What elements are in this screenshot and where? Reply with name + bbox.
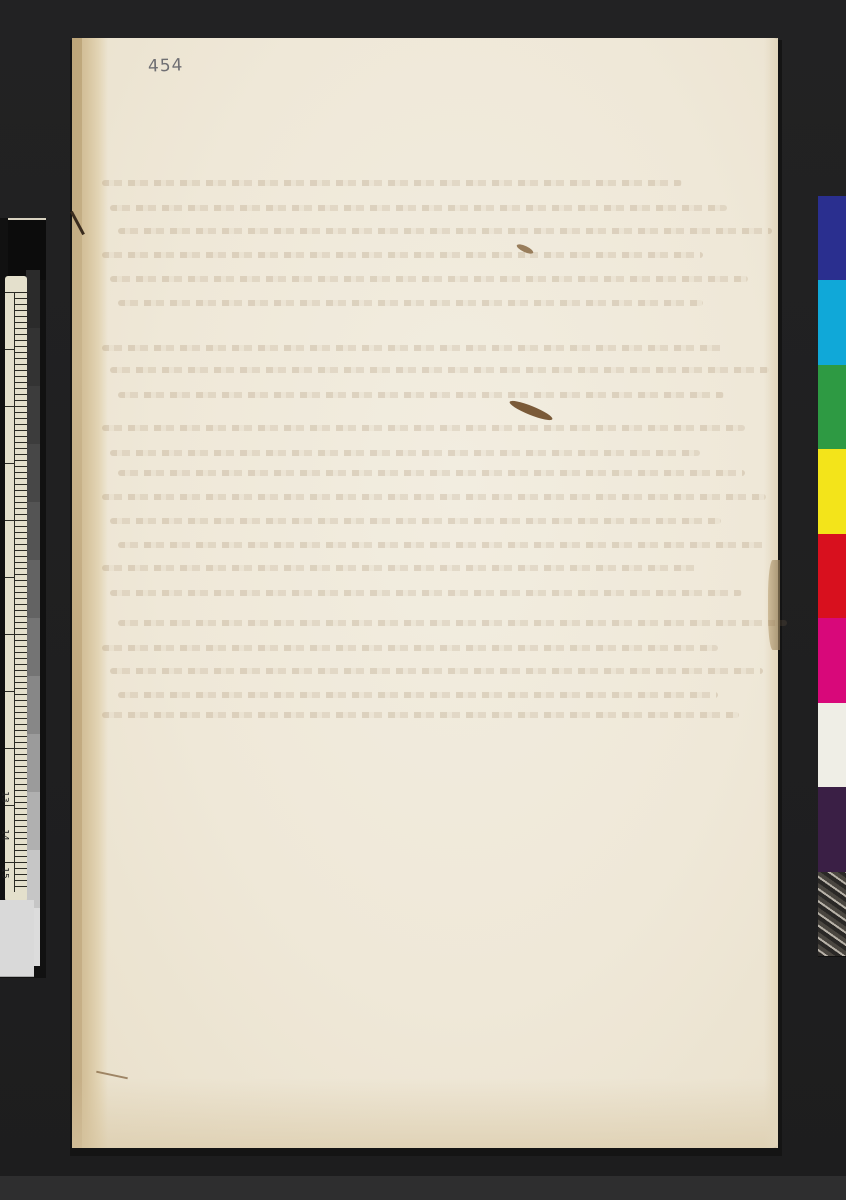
gray-step <box>26 502 40 560</box>
bleed-through-line <box>102 645 718 651</box>
bleed-through-line <box>102 494 766 500</box>
swatch-blue <box>818 196 846 281</box>
swatch-red <box>818 534 846 619</box>
swatch-green <box>818 365 846 450</box>
gray-step <box>26 270 40 328</box>
manuscript-page: 454 <box>72 38 778 1148</box>
swatch-magenta <box>818 618 846 703</box>
bleed-through-line <box>110 276 748 282</box>
ruler-base-card <box>0 900 34 977</box>
ruler-number: 13 <box>0 791 10 802</box>
bleed-through-line <box>102 180 682 186</box>
bleed-through-line <box>118 300 703 306</box>
ruler-number: 15 <box>0 867 10 878</box>
bleed-through-line <box>102 425 745 431</box>
bleed-through-line <box>110 367 769 373</box>
bleed-through-line <box>110 450 700 456</box>
bleed-through-line <box>102 565 697 571</box>
gray-step <box>26 618 40 676</box>
bleed-through-line <box>118 228 772 234</box>
gutter-edge <box>72 38 82 1148</box>
swatch-white <box>818 703 846 788</box>
bleed-through-line <box>118 620 787 626</box>
bottom-mount-strip <box>0 1176 846 1200</box>
ink-smudge <box>508 398 554 424</box>
bleed-through-line <box>102 345 724 351</box>
gray-step <box>26 734 40 792</box>
gray-step <box>26 328 40 386</box>
bleed-through-line <box>102 712 739 718</box>
bleed-through-line <box>102 252 703 258</box>
bleed-through-line <box>118 692 718 698</box>
swatch-texture-sample <box>818 872 846 957</box>
gray-scale-target <box>26 270 40 970</box>
bleed-through-line <box>118 542 766 548</box>
gray-step <box>26 386 40 444</box>
swatch-cyan <box>818 280 846 365</box>
ruler-number: 14 <box>0 829 10 840</box>
bleed-through-line <box>110 205 727 211</box>
gray-step <box>26 560 40 618</box>
color-calibration-bar <box>818 196 846 956</box>
bleed-through-line <box>118 392 724 398</box>
right-edge-damage <box>768 560 780 650</box>
bottom-stain <box>72 1078 778 1148</box>
bleed-through-line <box>118 470 745 476</box>
gray-step <box>26 676 40 734</box>
bleed-through-line <box>110 518 721 524</box>
bleed-through-line <box>110 668 763 674</box>
gray-step <box>26 792 40 850</box>
gray-step <box>26 444 40 502</box>
swatch-dark-purple <box>818 787 846 872</box>
bleed-through-line <box>110 590 742 596</box>
folio-number: 454 <box>148 55 184 76</box>
ruler-minor-ticks <box>14 292 27 892</box>
swatch-yellow <box>818 449 846 534</box>
